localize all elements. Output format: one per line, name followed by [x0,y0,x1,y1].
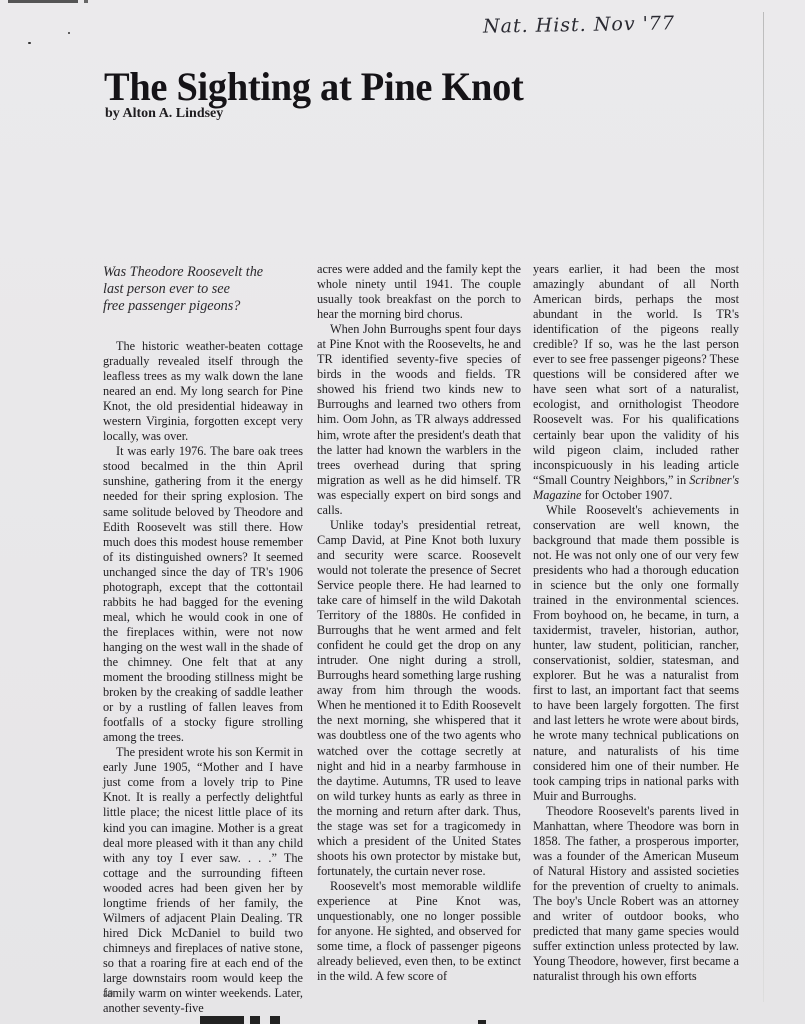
deck-line: last person ever to see [103,281,303,298]
scan-artifact-bar [8,0,78,3]
article-column-1: Was Theodore Roosevelt the last person e… [103,262,303,1016]
scan-artifact-bar [478,1020,486,1024]
magazine-page: Nat. Hist. Nov '77 The Sighting at Pine … [0,0,805,1024]
paragraph: Unlike today's presidential retreat, Cam… [317,518,521,879]
paragraph: Roosevelt's most memorable wildlife expe… [317,879,521,984]
deck-line: Was Theodore Roosevelt the [103,264,303,281]
scan-artifact-bar [84,0,88,3]
paragraph: It was early 1976. The bare oak trees st… [103,444,303,745]
handwritten-annotation: Nat. Hist. Nov '77 [483,12,675,37]
deck-line: free passenger pigeons? [103,298,303,315]
article-column-2: acres were added and the family kept the… [317,262,521,984]
page-edge-line [763,12,764,1002]
paragraph: The historic weather-beaten cottage grad… [103,339,303,444]
article-byline: by Alton A. Lindsey [105,106,223,122]
article-column-3: years earlier, it had been the most amaz… [533,262,739,984]
paragraph: When John Burroughs spent four days at P… [317,322,521,518]
scan-artifact-bar [250,1016,260,1024]
paragraph: Theodore Roosevelt's parents lived in Ma… [533,804,739,985]
paragraph: The president wrote his son Kermit in ea… [103,745,303,1016]
scan-artifact-bar [200,1016,244,1024]
scan-speck [28,42,31,44]
page-number: 40 [103,989,113,1000]
paragraph: While Roosevelt's achievements in conser… [533,503,739,804]
citation-date: for October 1907. [582,488,673,502]
paragraph-with-citation: years earlier, it had been the most amaz… [533,262,739,503]
scan-speck [68,32,70,34]
article-title: The Sighting at Pine Knot [104,64,524,110]
scan-artifact-bar [270,1016,280,1024]
paragraph: acres were added and the family kept the… [317,262,521,322]
article-deck: Was Theodore Roosevelt the last person e… [103,264,303,315]
paragraph-text: years earlier, it had been the most amaz… [533,262,739,487]
